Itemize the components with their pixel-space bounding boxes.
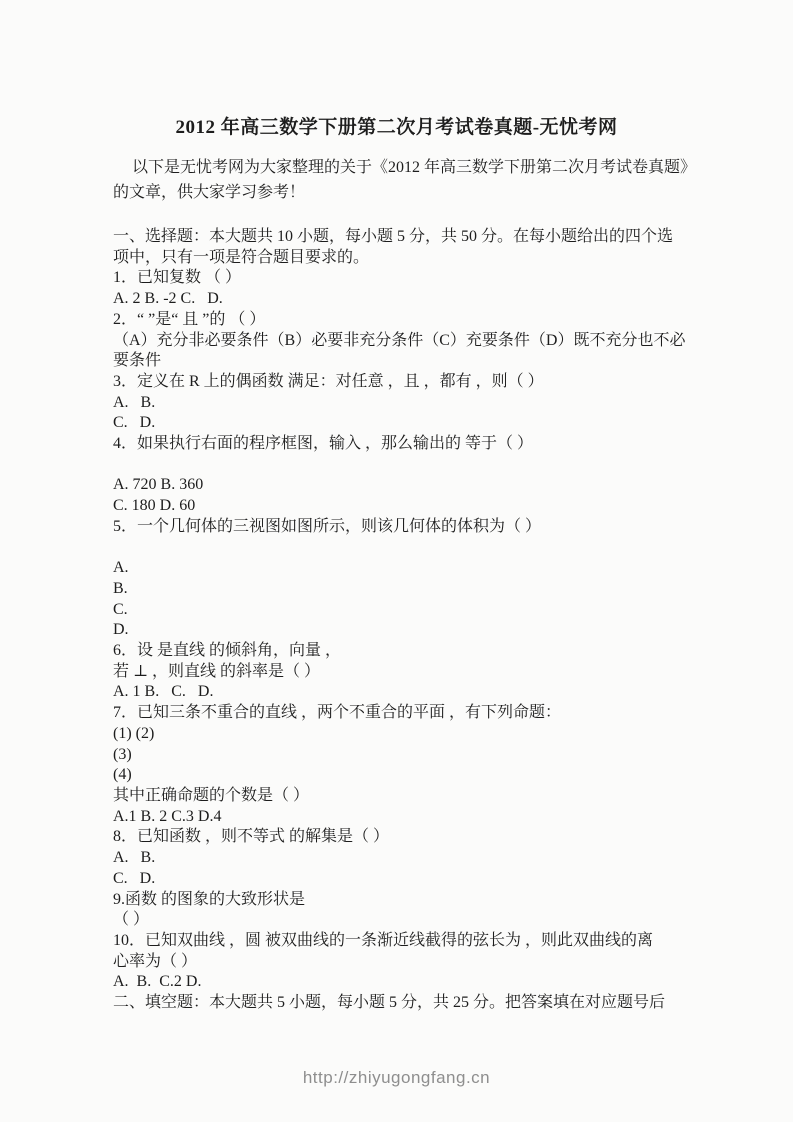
document-line: 3．定义在 R 上的偶函数 满足：对任意 ，且 ，都有 ，则（ ） [113,372,733,393]
intro-paragraph: 以下是无忧考网为大家整理的关于《2012 年高三数学下册第二次月考试卷真题》的文… [113,155,698,205]
document-line: A. 1 B. C. D. [113,682,733,703]
document-line: (1) (2) [113,724,733,745]
document-line: 若 ⊥ ，则直线 的斜率是（ ） [113,662,733,683]
document-line: 心率为（ ） [113,952,733,973]
document-line: A. 2 B. -2 C. D. [113,289,733,310]
document-line: A. B. C.2 D. [113,972,733,993]
document-line: 2．“ ”是“ 且 ”的 （ ） [113,310,733,331]
document-line: C. D. [113,869,733,890]
document-line: 其中正确命题的个数是（ ） [113,786,733,807]
document-line: 5．一个几何体的三视图如图所示，则该几何体的体积为（ ） [113,517,733,538]
document-line: C. D. [113,413,733,434]
document-line: C. [113,600,733,621]
document-line: 二、填空题：本大题共 5 小题，每小题 5 分，共 25 分。把答案填在对应题号… [113,993,733,1014]
document-line: 4．如果执行右面的程序框图，输入 ，那么输出的 等于（ ） [113,434,733,455]
document-line: 一、选择题：本大题共 10 小题，每小题 5 分，共 50 分。在每小题给出的四… [113,227,733,248]
intro-line: 的文章，供大家学习参考！ [113,180,698,205]
document-line: B. [113,579,733,600]
document-line: A. B. [113,848,733,869]
document-line: (3) [113,745,733,766]
exam-body: 一、选择题：本大题共 10 小题，每小题 5 分，共 50 分。在每小题给出的四… [113,227,733,1014]
document-line: 8．已知函数 ，则不等式 的解集是（ ） [113,827,733,848]
document-line: （A）充分非必要条件（B）必要非充分条件（C）充要条件（D）既不充分也不必 [113,331,733,352]
document-line: A.1 B. 2 C.3 D.4 [113,807,733,828]
document-line: (4) [113,765,733,786]
footer-url: http://zhiyugongfang.cn [0,1068,793,1088]
document-line: A. [113,558,733,579]
document-line: 9.函数 的图象的大致形状是 [113,890,733,911]
document-line: 7．已知三条不重合的直线 ，两个不重合的平面 ，有下列命题： [113,703,733,724]
intro-line: 以下是无忧考网为大家整理的关于《2012 年高三数学下册第二次月考试卷真题》 [113,155,698,180]
document-line: 10．已知双曲线 ，圆 被双曲线的一条渐近线截得的弦长为 ，则此双曲线的离 [113,931,733,952]
document-line: 项中，只有一项是符合题目要求的。 [113,248,733,269]
document-line: D. [113,620,733,641]
document-line [113,455,733,476]
document-line: 要条件 [113,351,733,372]
document-line: A. B. [113,393,733,414]
document-line: 1．已知复数 （ ） [113,268,733,289]
document-line: （ ） [113,910,733,931]
document-page: 2012 年高三数学下册第二次月考试卷真题-无忧考网 以下是无忧考网为大家整理的… [0,0,793,1122]
document-line: 6．设 是直线 的倾斜角，向量 ， [113,641,733,662]
page-title: 2012 年高三数学下册第二次月考试卷真题-无忧考网 [0,112,793,139]
document-line: A. 720 B. 360 [113,475,733,496]
document-line: C. 180 D. 60 [113,496,733,517]
document-line [113,538,733,559]
